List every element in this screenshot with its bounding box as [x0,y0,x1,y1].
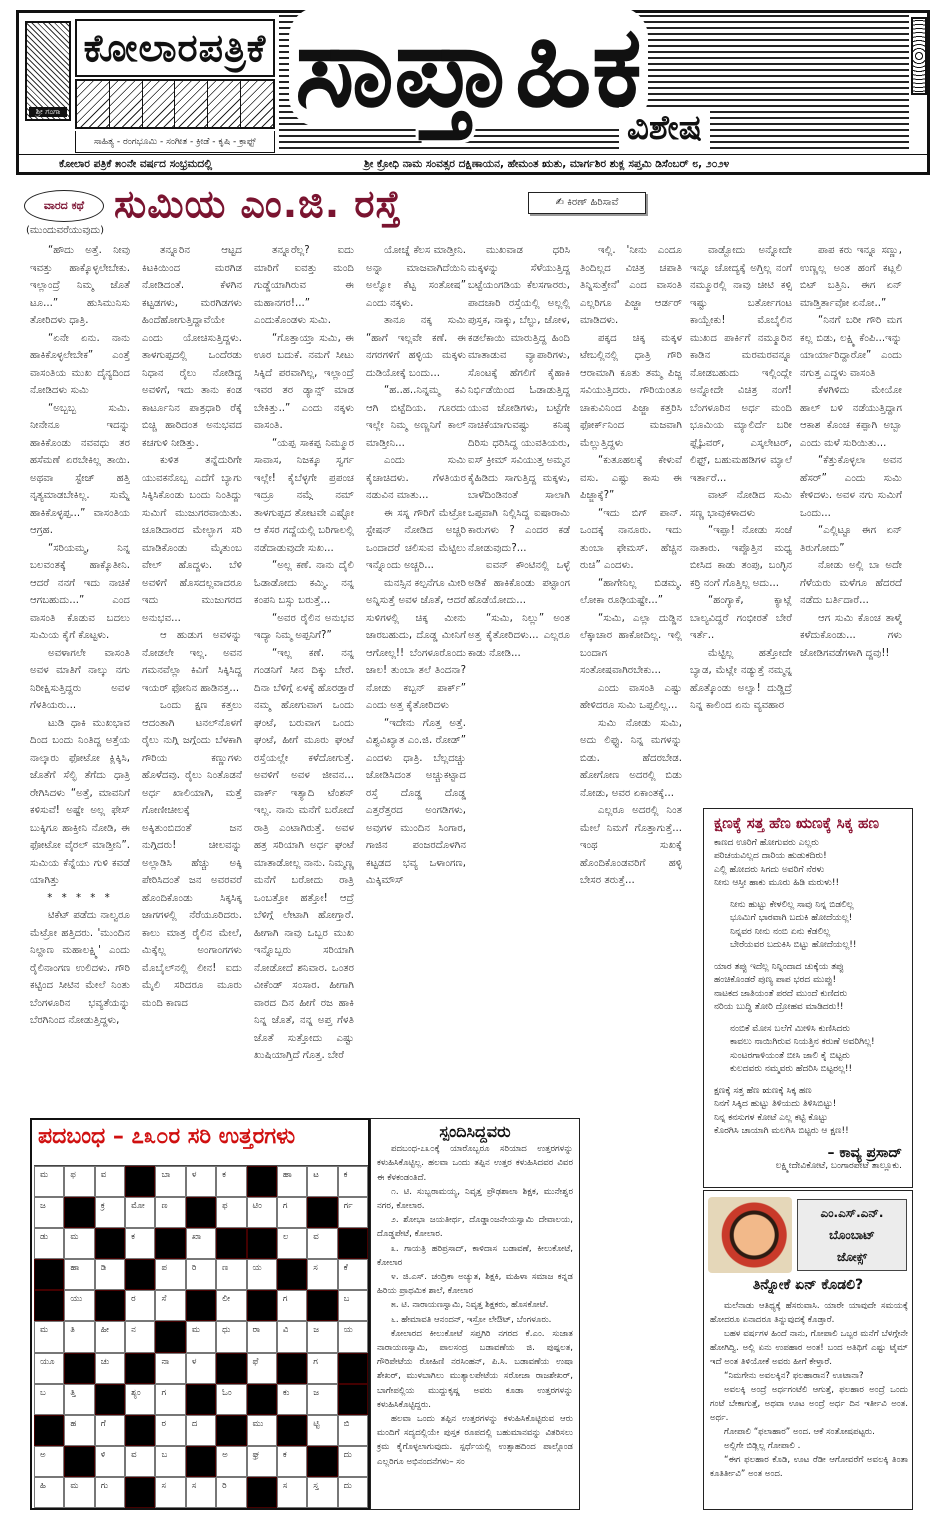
story-paragraph: ಮೆಟ್ಟಿಲ್ಲ ಹತ್ತೋದೇ ಬ್ಯಾಡ, ಮೆಟ್ಲೇ ನಡ್ಯುತ್ತ… [690,645,792,715]
crossword-black-cell [277,1259,307,1290]
crossword-cell: ಯ [247,1259,277,1290]
joke-paragraph: “ಈಗ ಫಲಹಾರ ಕೊಡಿ, ಊಟ ರೆಡೀ ಆಗೋವರೆಗೆ ಅವಲಕ್ಕಿ… [710,1453,908,1481]
story-column: ವಾಡ್ಬೋದು ಅನ್ನೋದೇ ಇನ್ನೂ ಚೋದ್ಯಕ್ಕೆ ಅಗ್ತಿಲ್… [690,242,792,804]
poem-line: ನೀನು ಹುಟ್ಟು ಕೇಳಲಿಲ್ಲ ಸಾವು ನಿನ್ನ ಬಿಡಲಿಲ್ಲ [730,899,902,913]
crossword-cell: ಘ್ರ [247,1446,277,1477]
story-paragraph: “ಏನೇ ಏನು. ನಾನು ಹಾಕಿಕೊಳ್ಳಲೇಬೇಕ” ಎಂತ್ತೆ ವಾ… [30,330,130,400]
story-paragraph: “ಇಲ್ಲ ಕಣೆ. ನನ್ನ ಗಂಡನಿಗೆ ಸೀನ ದಿಕ್ಕು ಬೇರೆ.… [254,645,354,1065]
crossword-cell: ಮೋ [125,1197,155,1228]
crossword-cell: ರಾ [247,1321,277,1352]
crossword-cell: ಪ [155,1259,185,1290]
story-paragraph: “ಎಲ್ಲಿಟ್ಟೂ ಈಗ ಏನ್ ತಿರುಗೋದು” [800,522,902,557]
section-tag: ವಾರದ ಕಥೆ [24,190,104,222]
crossword-black-cell [338,1353,368,1384]
story-paragraph: ಟಿಕೆಟ್ ಪಡೆದು ನಾಲ್ವರೂ ಮೆಟ್ರೋ ಹತ್ತಿದರು. 'ಮ… [30,907,130,1030]
crossword-cell: ದು [338,1446,368,1477]
crossword-cell: ಗ [307,1353,337,1384]
crossword-cell: ಬ [155,1446,185,1477]
story-column: ಪಾಪ ಕರು ಇನ್ನೂ ಸಣ್ಣು, ಉಣ್ಣಲ್ಲ ಅಂತ ಹಂಗೆ ಕಟ… [800,242,902,804]
winner-entry: ೧. ಟಿ. ಸುಬ್ಬರಾಮಯ್ಯ, ನಿವೃತ್ತ ಪ್ರೌಢಶಾಲಾ ಶಿ… [377,1185,573,1213]
story-paragraph: ಟುಡಿ ಧಾಕಿ ಮುಖಭಾವ ದಿಂದ ಬಂದು ನಿಂತಿದ್ದ ಅತ್ತ… [30,715,130,890]
supplement-title: ಸಾಪ್ತಾಹಿಕ [289,7,648,127]
poem-line: ನಂಬಿಕೆ ಮೋಸ ಬಲೆಗೆ ಮೀಳಿಸಿ ಕುಣಿಸಿದರು [730,1023,902,1037]
crossword-cell: ಕ [277,1446,307,1477]
winners-closing: ಹಲವಾ ಒಂದು ತಪ್ಪಿನ ಉತ್ತರಗಳನ್ನು ಕಳುಹಿಸಿಕೊಟ್… [377,1412,573,1469]
crossword-black-cell [216,1353,246,1384]
crossword-cell: ಯ [338,1321,368,1352]
crossword-black-cell [186,1290,216,1321]
joke-paragraph: “ನಿಮಗೇನು ಅವಲಕ್ಕಿನ? ಫಲಹಾರಾನ? ಊಟಾನಾ? [710,1369,908,1383]
poem-line: ನೀನು ಆಸ್ತೀ ಹಾಕು ಮೂರು ಹಿಡಿ ಮರುಳು!! [714,877,902,891]
crossword-black-cell [64,1446,94,1477]
story-paragraph: “ಸರಿಯಮ್ಮ, ನಿನ್ನ ಬಲವಂತಕ್ಕೆ ಹಾಕ್ಕೊತೀನಿ. ಆದ… [30,540,130,645]
story-paragraph: ಪಕ್ಕದ ಚಿಕ್ಕ ಮಕ್ಕಳ ಟೇಬಲ್ಲಿನಲ್ಲಿ ಧಾತ್ರಿ ಗೌ… [580,330,682,453]
crossword-cell: ಬಿ [338,1415,368,1446]
logo-caption: ಶ್ರೀ ಗಂಗಾ [29,107,67,117]
poem-line: ನಿನ್ನವರ ನೀನು ನಂಬಿ ಏನು ಕೆಡಲಿಲ್ಲ [730,926,902,940]
crossword-cell: ಮ [64,1228,94,1259]
crossword-cell: ವ [95,1166,125,1197]
crossword-black-cell [125,1259,155,1290]
poem-line: ಕ್ಷಣಕ್ಕೆ ಸತ್ತ ಹೆಣ ಋಣಕ್ಕೆ ಸಿಕ್ಕ ಹಣ [714,1085,902,1099]
crossword-cell: ಲ [277,1228,307,1259]
crossword-black-cell [125,1415,155,1446]
story-paragraph: “ಗೊತ್ತಾಯ್ತಾ ಸುಮಿ, ಈ ಊರ ಬದುಕೆ. ನಮಗೆ ಸೀಟು … [254,330,354,435]
continued-note: (ಮುಂದುವರೆಯುವುದು) [26,225,104,236]
crossword-cell: ಯೂ [34,1353,64,1384]
story-paragraph: ತಾನೂ ನಕ್ಕ ಸುಮಿ “ಹಾಗೆ ಇಲ್ಲವೇ ಕಣೆ. ಈ ನಗರಗಳ… [366,312,466,382]
joke-title: ತಿನ್ನೋಕೆ ಏನ್ ಕೊಡಲಿ? [704,1277,912,1293]
winner-entry: ೩. ಗಾಯತ್ರಿ ಹರಿಪ್ರಸಾದ್, ಕಾಳಿದಾಸ ಬಡಾವಣೆ, ಕ… [377,1242,573,1270]
story-paragraph: ವಾಡ್ಬೋದು ಅನ್ನೋದೇ ಇನ್ನೂ ಚೋದ್ಯಕ್ಕೆ ಅಗ್ತಿಲ್… [690,242,792,487]
story-paragraph: ಇಲ್ಲಿ. 'ನೀನು ಎಂದೂ ತಿಂದಿಲ್ಲದ ವಿಚಿತ್ರ ಚಪಾತ… [580,242,682,330]
story-paragraph: ಈ ಸಸ್ನ ಗೌರಿಗೆ ಮೆಟ್ರೋ ಸ್ಟೇಷನ್ ನೋಡಿದ ಅಚ್ಚರ… [366,505,466,575]
crossword-cell: ದ [186,1415,216,1446]
crossword-black-cell [186,1384,216,1415]
crossword-cell: ಜ [307,1321,337,1352]
crossword-cell: ಳ [186,1353,216,1384]
crossword-black-cell [247,1477,277,1508]
story-paragraph: ತನ್ನೂರೆಲ್ಲ? ಐದು ಮಾರಿಗೆ ಐವತ್ತು ಮಂದಿ ಗುಡ್ಡ… [254,242,354,330]
crossword-black-cell [277,1415,307,1446]
poem-line: ಪರಿಚಯವಿಲ್ಲದ ದಾರಿಯ ಹುಡುಕದಿರು! [714,850,902,864]
crossword-black-cell [338,1384,368,1415]
jokes-header-line: ಬೊಂಬಾಟ್ [798,1224,906,1246]
crossword-cell: ಚು [95,1353,125,1384]
story-paragraph: ಸುಮಿ ನೋಡು ಸುಮಿ, ಅದು ಲಿಫ್ಟು. ನಿನ್ನ ಮಗಳನ್ನ… [580,715,682,803]
crossword-cell: ಗು [95,1477,125,1508]
crossword-cell: ದು [338,1477,368,1508]
crossword-cell: ಣ [155,1197,185,1228]
story-paragraph: ಅವಳಾಗಲೇ ವಾಸಂತಿ ಅವಳ ಮಾತಿಗೆ ನಾಲ್ಕು ನಗು ನಿರ… [30,645,130,715]
story-paragraph: ಐವನ್ ಕೌಂಟಿನಲ್ಲಿ ಒಳ್ಳೆ ಅಡಿಕೆ ಹಾಕಿಕೊಂಡು ಪಟ… [468,557,570,610]
crossword-cell: ವಿ [277,1321,307,1352]
crossword-cell: ಟ್ಟಿ [307,1415,337,1446]
crossword-black-cell [95,1384,125,1415]
crossword-cell: ರಿ [216,1477,246,1508]
poem-title: ಕ್ಷಣಕ್ಕೆ ಸತ್ತ ಹೆಣ ಋಣಕ್ಕೆ ಸಿಕ್ಕ ಹಣ [714,817,902,831]
crossword-title: ಪದಬಂಧ – ೭೩೦ರ ಸರಿ ಉತ್ತರಗಳು [38,1124,295,1149]
story-paragraph: “ಹ..ಹ..ನಿನ್ನಮ್ಮ ಕವಿ ಆಗಿ ಬಿಟ್ಟೆದಿಯ. ಗೂರದು… [366,382,466,452]
crossword-cell: ಫ [64,1166,94,1197]
crossword-cell: ಜ [34,1197,64,1228]
crossword-black-cell [34,1290,64,1321]
crossword-answers: ಪದಬಂಧ – ೭೩೦ರ ಸರಿ ಉತ್ತರಗಳು ಮಫವಬಾಳಕಹಾಟಕಜಕ್… [30,1118,370,1510]
story-paragraph: ಆ ಹುಡುಗ ಅವಳನ್ನು ನೋಡಲೇ ಇಲ್ಲ. ಅವನ ಗಮನವೆಲ್ಲ… [142,627,242,697]
crossword-cell: ಫೆ [247,1353,277,1384]
crossword-black-cell [125,1166,155,1197]
crossword-cell: ಜ [307,1384,337,1415]
crossword-cell: ಸ್ತ [307,1477,337,1508]
crossword-cell: ಕೆ [338,1259,368,1290]
crossword-black-cell [95,1228,125,1259]
crossword-cell: ಕ [216,1166,246,1197]
crossword-cell: ಕು [277,1384,307,1415]
crossword-black-cell [95,1290,125,1321]
crossword-cell: ಳಿ [95,1446,125,1477]
crossword-cell: ಮು [247,1415,277,1446]
story-paragraph: “ಹಂಗ್ಯಾಕೆ, ಕ್ಯಾಟ್ಲೆ ಬಾಲ್ಯವಿದ್ದರೆ ಗಂಭೀರತೆ… [690,592,792,645]
poem-line: ಯಾರ ತಪ್ಪು ಇದೆಲ್ಲ ನಿನ್ನಿಂದಾದ ಚುಕ್ಕೆಯ ತಪ್ಪ… [714,961,902,975]
joke-paragraph: ಮಲೆನಾಡು ಆತಿಥ್ಯಕ್ಕೆ ಹೆಸರುವಾಸಿ. ಯಾರೇ ಯಾವುದ… [710,1299,908,1327]
story-paragraph: “ಅವರ ರೈಲಿನ ಅನುಭವ ಇದ್ಯಾ ನಿಮ್ಮ ಅಪ್ಪನಿಗೆ?” [254,610,354,645]
crossword-black-cell [186,1446,216,1477]
crossword-cell: ಫ [216,1197,246,1228]
crossword-cell: ಓಂ [216,1384,246,1415]
jokes-box: ಎಂ.ಎಸ್.ಎನ್. ಬೊಂಬಾಟ್ ಜೋಕ್ಸ್ ತಿನ್ನೋಕೆ ಏನ್ … [703,1190,913,1510]
crossword-black-cell [155,1228,185,1259]
crossword-cell: ವ [125,1446,155,1477]
crossword-cell: ಗ [277,1197,307,1228]
arts-illustration-strip [75,79,275,129]
crossword-cell: ನ [125,1321,155,1352]
byline: ✍ ಕಿರಣ್ ಹಿರಿಸಾವೆ [528,192,646,214]
crossword-cell: ಅ [34,1446,64,1477]
crossword-cell: ಗೆ [95,1415,125,1446]
crossword-cell: ಹಾ [64,1259,94,1290]
crossword-black-cell [216,1228,246,1259]
story-paragraph: “ಸುಮಿ, ನಿಲ್ಲು” ಅಂತ ಅತ್ತ ಕೈತೋರಿದಳು... ಎಲ್… [468,610,570,663]
anniversary-line: ಕೋಲಾರ ಪತ್ರಿಕೆ ೫೦ನೇ ವರ್ಷದ ಸಂಭ್ರಮದಲ್ಲಿ [59,155,212,173]
crossword-cell: ವ [307,1228,337,1259]
story-paragraph: “ಅಲ್ಲ ಕಣೆ. ನಾನು ದೈಲಿ ಓಡಾಡೋದು ಕಮ್ಮಿ. ನನ್ನ… [254,557,354,610]
crossword-cell: ಮ [34,1321,64,1352]
crossword-cell: ಟ [307,1166,337,1197]
poem-box: ಕ್ಷಣಕ್ಕೆ ಸತ್ತ ಹೆಣ ಋಣಕ್ಕೆ ಸಿಕ್ಕ ಹಣ ಕಾಣದ ಊ… [703,808,913,1188]
crossword-cell: ಯು [64,1290,94,1321]
caricature-image [708,1197,792,1273]
crossword-cell: ಸ [277,1477,307,1508]
crossword-black-cell [155,1321,185,1352]
story-paragraph: * * * * * [30,890,130,908]
crossword-cell: ತ್ತಿ [64,1384,94,1415]
supplement-subtitle: ವಿಶೇಷ [619,107,710,149]
story-paragraph: “ಹೌದು ಅತ್ತೆ. ನೀವು ಇವತ್ತು ಹಾಕ್ಕೊಳ್ಳಲೇಬೇಕು… [30,242,130,330]
crossword-cell: ಹ [64,1415,94,1446]
story-paragraph: ನೋಡು ಅಲ್ಲಿ ಬಾ ಅದೇ ಗೆಳೆಯರು ಮಳೆಗೂ ಹೆದರದೆ ನ… [800,557,902,610]
crossword-cell: ಸ [155,1477,185,1508]
crossword-grid: ಮಫವಬಾಳಕಹಾಟಕಜಕ್ರಮೋಣಫಟಿಂಗರ್ಗಡುಮಕಖಾಲವಹಾಡಿಪರ… [34,1165,368,1508]
winner-entry: ೬. ಹೇಮಾವತಿ ಆನಂದನ್, ಇಸ್ರೋ ಲೇಔಟ್, ಬೆಂಗಳೂರು… [377,1313,573,1327]
masthead: ಶ್ರೀ ಗಂಗಾ ಕೋಲಾರಪತ್ರಿಕೆ ಸಾಹಿತ್ಯ - ರಂಗಭೂಮಿ… [16,10,930,175]
story-column: ತನ್ನೂರಿನ ಆಟ್ಟದ ಕಿಟಕಿಯಿಂದ ಮರಗಿಡ ನೋಡಿದಂತೆ.… [142,242,242,1110]
story-paragraph: “ಅಬ್ಬಬ್ಬ ಸುಮಿ. ನೀನೇನೂ ಇದನ್ನು ಹಾಕಿಕೊಂಡು ನ… [30,400,130,540]
crossword-cell: ಬ [34,1384,64,1415]
crossword-cell: ಣ [216,1259,246,1290]
poem-line: ಕಾವಲು ನಾಯಿಗಿರುವ ನಿಯತ್ತಿನ ಕರುಣೆ ಅವರಿಗಿಲ್ಲ… [730,1036,902,1050]
crossword-cell: ಹಾ [277,1166,307,1197]
joke-paragraph: ಅವಲಕ್ಕಿ ಅಂದ್ರೆ ಅರ್ಧಗಂಟೆಲಿ ಆಗುತ್ತೆ, ಫಲಹಾರ… [710,1383,908,1425]
winners-intro: ಪದಬಂಧ-೭೩೦ಕ್ಕೆ ಯಾರೊಬ್ಬರೂ ಸರಿಯಾದ ಉತ್ತರಗಳನ್… [377,1142,573,1185]
story-column: ಯೋಚ್ನೆ ಕೆಲಸ ಮಾಡ್ತೀನಿ. ಅನ್ನಾ ಮಾಜವಾಗಿದೆಯಿನ… [366,242,466,1110]
story-paragraph: ಯೋಚ್ನೆ ಕೆಲಸ ಮಾಡ್ತೀನಿ. ಅನ್ನಾ ಮಾಜವಾಗಿದೆಯಿನ… [366,242,466,312]
story-paragraph: “ಕೆತ್ತುಕೊಳ್ಳಲಾ ಅವನ ಹೆಸರ್” ಎಂದು ಸುಮಿ ಕೇಳಿ… [800,452,902,522]
crossword-cell: ಬಾ [155,1166,185,1197]
crossword-cell: ಹಿ [34,1477,64,1508]
crossword-black-cell [307,1446,337,1477]
crossword-cell: ಶ್ಯಂ [125,1384,155,1415]
poem-stanza: ನಂಬಿಕೆ ಮೋಸ ಬಲೆಗೆ ಮೀಳಿಸಿ ಕುಣಿಸಿದರುಕಾವಲು ನ… [714,1023,902,1077]
story-column: ತನ್ನೂರೆಲ್ಲ? ಐದು ಮಾರಿಗೆ ಐವತ್ತು ಮಂದಿ ಗುಡ್ಡ… [254,242,354,1110]
crossword-cell: ಧು [216,1321,246,1352]
crossword-cell: ರ [155,1415,185,1446]
story-paragraph: “ಇಪ್ಪಾ! ನೋಡು ಸಂಜೆ ನಾತಾರು. ಇಪ್ಪೊತ್ತಿನ ಮಧ್… [690,522,792,592]
poem-stanzas: ಕಾಣದ ಊರಿಗೆ ಹೋಗುವರು ಎಲ್ಲರುಪರಿಚಯವಿಲ್ಲದ ದಾರ… [714,837,902,1139]
crossword-black-cell [125,1477,155,1508]
crossword-black-cell [125,1353,155,1384]
story-paragraph: ಎಂದು ಸುಮಿ ಕೈಚಾಚಿದಳು. ಗೆಳತಿಯರ ನಡುವಿನ ಮಾತು… [366,452,466,505]
paper-name: ಕೋಲಾರಪತ್ರಿಕೆ [75,19,275,77]
ornament-border-icon [911,17,927,95]
poem-stanza: ನೀನು ಹುಟ್ಟು ಕೇಳಲಿಲ್ಲ ಸಾವು ನಿನ್ನ ಬಿಡಲಿಲ್ಲ… [714,899,902,953]
crossword-cell: ರ್ಗ [338,1197,368,1228]
date-strip: ಕೋಲಾರ ಪತ್ರಿಕೆ ೫೦ನೇ ವರ್ಷದ ಸಂಭ್ರಮದಲ್ಲಿ ಶ್ರ… [19,154,927,172]
crossword-black-cell [338,1228,368,1259]
joke-paragraph: ಅಲ್ಲಿಗೇ ಬಿಡ್ಲಿಲ್ಲ ಗೋಪಾಲಿ . [710,1439,908,1453]
crossword-cell: ಟಿಂ [247,1197,277,1228]
crossword-cell: ಕ [338,1166,368,1197]
crossword-cell: ಗ [155,1384,185,1415]
crossword-cell: ಹೀ [95,1321,125,1352]
crossword-black-cell [247,1384,277,1415]
crossword-cell: ಮ [64,1477,94,1508]
crossword-cell: ಸ [307,1259,337,1290]
story-paragraph: ವಾಟ್ ನೋಡಿದ ಸುಮಿ ಸಣ್ಣ ಭಾವುಕಳಾದಳು [690,487,792,522]
story-paragraph: ಎಂದು ವಾಸಂತಿ ಎಷ್ಟು ಹೇಳಿದರೂ ಸುಮಿ ಒಪ್ಪಲಿಲ್ಲ… [580,680,682,715]
poem-line: ಬೇರೆಯವರ ಬದುಕಿಸಿ ಬಿಟ್ಟು ಹೋದೆಯಲ್ಲ!! [730,939,902,953]
poem-author: – ಕಾವ್ಯ ಪ್ರಸಾದ್ [714,1147,902,1161]
crossword-black-cell [34,1415,64,1446]
crossword-black-cell [307,1197,337,1228]
crossword-black-cell [216,1415,246,1446]
poem-line: ನರಿಯ ಬುದ್ಧಿ ತೋರಿ ದ್ರೋಹವ ಮಾಡಿದರು!! [714,1001,902,1015]
story-paragraph: ಮುಖವಾಡ ಧರಿಸಿ ಮಕ್ಕಳನ್ನು ಸೆಳೆಯುತ್ತಿದ್ದ ಬಟ್… [468,242,570,557]
crossword-cell: ಡು [34,1228,64,1259]
winners-extra: ಕೋಲಾರದ ಕೀಲುಕೋಟೆ ಸಪ್ತಗಿರಿ ನಗರದ ಕೆ.ಎಂ. ಸುಜ… [377,1327,573,1412]
poem-line: ನಿನ್ನ ಕನಸುಗಳ ಕೋಟೆ ಎಲ್ಲ ಕಟ್ಟಿ ಕೊಟ್ಟು [714,1112,902,1126]
story-paragraph: ಎಲ್ಲರೂ ಅದರಲ್ಲಿ ನಿಂತ ಮೇಲೆ ನಿಮಗೆ ಗೊತ್ತಾಗುತ… [580,802,682,890]
crossword-cell: ಖಾ [186,1228,216,1259]
crossword-cell: ಅ [216,1446,246,1477]
jokes-header: ಎಂ.ಎಸ್.ಎನ್. ಬೊಂಬಾಟ್ ಜೋಕ್ಸ್ [797,1199,907,1271]
story-paragraph: “ಇದೇನು ಗೊತ್ತ ಅತ್ತೆ. ವಿಶ್ವವಿಖ್ಯಾತ ಎಂ.ಜಿ. … [366,715,466,890]
poem-stanza: ಕ್ಷಣಕ್ಕೆ ಸತ್ತ ಹೆಣ ಋಣಕ್ಕೆ ಸಿಕ್ಕ ಹಣನಿನಗೆ ಸ… [714,1085,902,1139]
story-paragraph: ಕುಳಿತ ತನ್ನೆದುರಿಗೇ ಯುವಕನೊಬ್ಬ ಎದೆಗೆ ಬ್ಯಾಗು… [142,452,242,627]
crossword-black-cell [247,1228,277,1259]
joke-paragraph: ಬಹಳ ವರ್ಷಗಳ ಹಿಂದೆ ನಾನು, ಗೋಪಾಲಿ ಒಬ್ಬರ ಮನೆಗ… [710,1327,908,1369]
story-paragraph: ಮನಸ್ಸಿನ ಕಲ್ಪನೆಗೂ ಮೀರಿ ಅನ್ನಿಸುತ್ತೆ ಅವಳ ಜೊ… [366,575,466,715]
elephant-logo-icon: ಶ್ರೀ ಗಂಗಾ [25,21,71,121]
crossword-cell: ಳ [186,1166,216,1197]
crossword-cell: ಡಿ [95,1259,125,1290]
crossword-cell: ಸ [186,1477,216,1508]
crossword-cell: ಕ್ರ [95,1197,125,1228]
crossword-black-cell [247,1290,277,1321]
crossword-cell: ರ [125,1290,155,1321]
story-paragraph: ಒಂದು ಕ್ಷಣ ಕತ್ತಲು ಆದಂತಾಗಿ ಟನಲ್‌ನೊಳಗೆ ರೈಲು… [142,697,242,1012]
poem-stanza: ಯಾರ ತಪ್ಪು ಇದೆಲ್ಲ ನಿನ್ನಿಂದಾದ ಚುಕ್ಕೆಯ ತಪ್ಪ… [714,961,902,1015]
crossword-cell: ಸೆ [155,1290,185,1321]
winner-entry: ೫. ಟಿ. ನಾರಾಯಣಸ್ವಾಮಿ, ನಿವೃತ್ತ ಶಿಕ್ಷಕರು, ಹ… [377,1298,573,1312]
winners-box: ಸ್ಪಂದಿಸಿದ್ದವರು ಪದಬಂಧ-೭೩೦ಕ್ಕೆ ಯಾರೊಬ್ಬರೂ ಸ… [370,1118,580,1510]
poem-line: ಕೊರಗಿಸಿ ಚಾಯಾಗಿ ಮಲಗಿಸಿ ಬಿಟ್ಟರು ಆ ಕ್ಷಣ!! [714,1125,902,1139]
winners-title: ಸ್ಪಂದಿಸಿದ್ದವರು [377,1125,573,1139]
joke-paragraph: ಗೋಪಾಲಿ “ಫಲಾಹಾರ” ಅಂದ. ಆಕೆ ಸಂತೋಷಪಟ್ಟರು. [710,1425,908,1439]
winner-entry: ೨. ಶೋಭಾ ಜಯತೀರ್ಥ, ದೊಡ್ಡಾಂಜನೇಯಸ್ವಾಮಿ ದೇವಾಲ… [377,1213,573,1241]
crossword-cell: ಮ [186,1321,216,1352]
crossword-black-cell [186,1197,216,1228]
story-paragraph: ಪಾಪ ಕರು ಇನ್ನೂ ಸಣ್ಣು, ಉಣ್ಣಲ್ಲ ಅಂತ ಹಂಗೆ ಕಟ… [800,242,902,312]
crossword-black-cell [247,1166,277,1197]
story-paragraph: “ಇದು ಬಿಗ್ ಪಾನ್. ಒಂದಕ್ಕೆ ನಾನೂರು. ಇದು ತುಂಬ… [580,505,682,575]
crossword-cell: ನಾ [155,1353,185,1384]
date-line: ಶ್ರೀ ಕ್ರೋಧಿ ನಾಮ ಸಂವತ್ಸರ ದಕ್ಷಿಣಾಯನ, ಹೇಮಂತ… [364,155,729,173]
poem-line: ಸುಂಟರಗಾಳಿಯಂತೆ ಬೀಸಿ ಜಾಲಿ ಕೈ ಬಿಟ್ಟರು [730,1050,902,1064]
story-paragraph: “ಹಾಗೇನಿಲ್ಲ ಬಿಡಮ್ಮ. ಲೋಕಾ ರೂಢಿಯಷ್ಟೇ...” [580,575,682,610]
poem-line: ಭೂಮಿಗೆ ಭಾರವಾಗಿ ಬದುಕಿ ಹೋದೆಯಲ್ಲ! [730,912,902,926]
poem-author-place: ಲಕ್ಷ್ಮೀದೇವಿಕೋಟೆ, ಬಂಗಾರಪೇಟೆ ತಾಲ್ಲೂಕು. [714,1160,902,1174]
story-paragraph: ಆಗ ಸುಮಿ ಕೊಂಚ ತಾಳ್ಮೆ ಕಳೆದುಕೊಂಡು... ಗಳು ಜೋ… [800,610,902,663]
poem-line: ಕಾಣದ ಊರಿಗೆ ಹೋಗುವರು ಎಲ್ಲರು [714,837,902,851]
story-title: ಸುಮಿಯ ಎಂ.ಜಿ. ರಸ್ತೆ [114,182,401,226]
poem-line: ನಿನಗೆ ಸಿಕ್ಕಿದ ಹುಟ್ಟು ತಿಳಿಯದು ತಿಳಿಸಿಬಿಟ್ಟ… [714,1098,902,1112]
crossword-black-cell [307,1290,337,1321]
crossword-black-cell [277,1353,307,1384]
story-column: ಇಲ್ಲಿ. 'ನೀನು ಎಂದೂ ತಿಂದಿಲ್ಲದ ವಿಚಿತ್ರ ಚಪಾತ… [580,242,682,1110]
story-paragraph: “ನಿನಗೆ ಬರೀ ಗೌರಿ ಮಗ ಕಲ್ಲ ಬಿಡು, ಲಕ್ಷ್ಮಿ ಕೆ… [800,312,902,382]
crossword-cell: ತಿ [64,1321,94,1352]
story-paragraph: “ಕುತೂಹಲಕ್ಕೆ ಕೇಳುವೆ ವಸು. ಎಷ್ಟು ಕಾಸು ಈ ಪಿಜ… [580,452,682,505]
crossword-cell: ರಿ [186,1259,216,1290]
crossword-black-cell [34,1259,64,1290]
jokes-header-line: ಜೋಕ್ಸ್ [798,1246,906,1268]
joke-body: ಮಲೆನಾಡು ಆತಿಥ್ಯಕ್ಕೆ ಹೆಸರುವಾಸಿ. ಯಾರೇ ಯಾವುದ… [710,1299,908,1481]
crossword-cell: ಲೀ [216,1290,246,1321]
crossword-cell: ಬ [338,1290,368,1321]
poem-line: ಎಲ್ಲಿ ಹೋದರು ಸಿಗದು ಅವರಿಗೆ ನೆರಳು [714,864,902,878]
poem-stanza: ಕಾಣದ ಊರಿಗೆ ಹೋಗುವರು ಎಲ್ಲರುಪರಿಚಯವಿಲ್ಲದ ದಾರ… [714,837,902,891]
story-paragraph: “ಸುಮಿ, ಎಲ್ಲಾ ದುಡ್ಡಿನ ಲೆಕ್ಕಾಚಾರ ಹಾಕೋದಿಲ್ಲ… [580,610,682,680]
jokes-header-line: ಎಂ.ಎಸ್.ಎನ್. [798,1202,906,1224]
poem-line: ಹಂಚಿಕೊಂಡರೆ ಪುಣ್ಯ ಪಾಪ ಭರದ ಮುಪ್ಪು! [714,974,902,988]
crossword-cell: ಕ [125,1228,155,1259]
winner-entry: ೪. ಜಿ.ಎಸ್. ಚಂದ್ರಿಕಾ ಅಚ್ಯುತ, ಶಿಕ್ಷಕಿ, ಮಹಿ… [377,1270,573,1298]
crossword-black-cell [64,1353,94,1384]
story-paragraph: “ಯಪ್ಪ ಸಾಕಪ್ಪ ನಿಮ್ಮೂರ ಸಾವಾಸ, ನಿಜಕ್ಕೂ ಸ್ವರ… [254,435,354,558]
arts-caption: ಸಾಹಿತ್ಯ - ರಂಗಭೂಮಿ - ಸಂಗೀತ - ಕ್ರೀಡೆ - ಕೃಷ… [75,131,275,153]
poem-line: ನಾಟಕದ ಜಾತಿಯಂತೆ ಪರದೆ ಮುಂದೆ ಕುಣಿದರು [714,988,902,1002]
crossword-cell: ಮ [34,1166,64,1197]
story-column: “ಹೌದು ಅತ್ತೆ. ನೀವು ಇವತ್ತು ಹಾಕ್ಕೊಳ್ಳಲೇಬೇಕು… [30,242,130,1110]
crossword-black-cell [64,1197,94,1228]
poem-line: ಕುಲದವರು ನಮ್ಮವರು ಹೆದರಿಸಿ ಬಿಟ್ಟರಲ್ಲ!! [730,1063,902,1077]
supplement-title-block: ಸಾಪ್ತಾಹಿಕ ವಿಶೇಷ [279,15,909,153]
crossword-cell: ಗ [277,1290,307,1321]
story-paragraph: ಕೆಳಗಿಳಿದು ಮೇಯೋ ಹಾಲ್ ಬಳಿ ನಡೆಯುತ್ತಿದ್ದಾಗ ಆ… [800,382,902,452]
story-column: ಮುಖವಾಡ ಧರಿಸಿ ಮಕ್ಕಳನ್ನು ಸೆಳೆಯುತ್ತಿದ್ದ ಬಟ್… [468,242,570,1110]
story-paragraph: ತನ್ನೂರಿನ ಆಟ್ಟದ ಕಿಟಕಿಯಿಂದ ಮರಗಿಡ ನೋಡಿದಂತೆ.… [142,242,242,452]
